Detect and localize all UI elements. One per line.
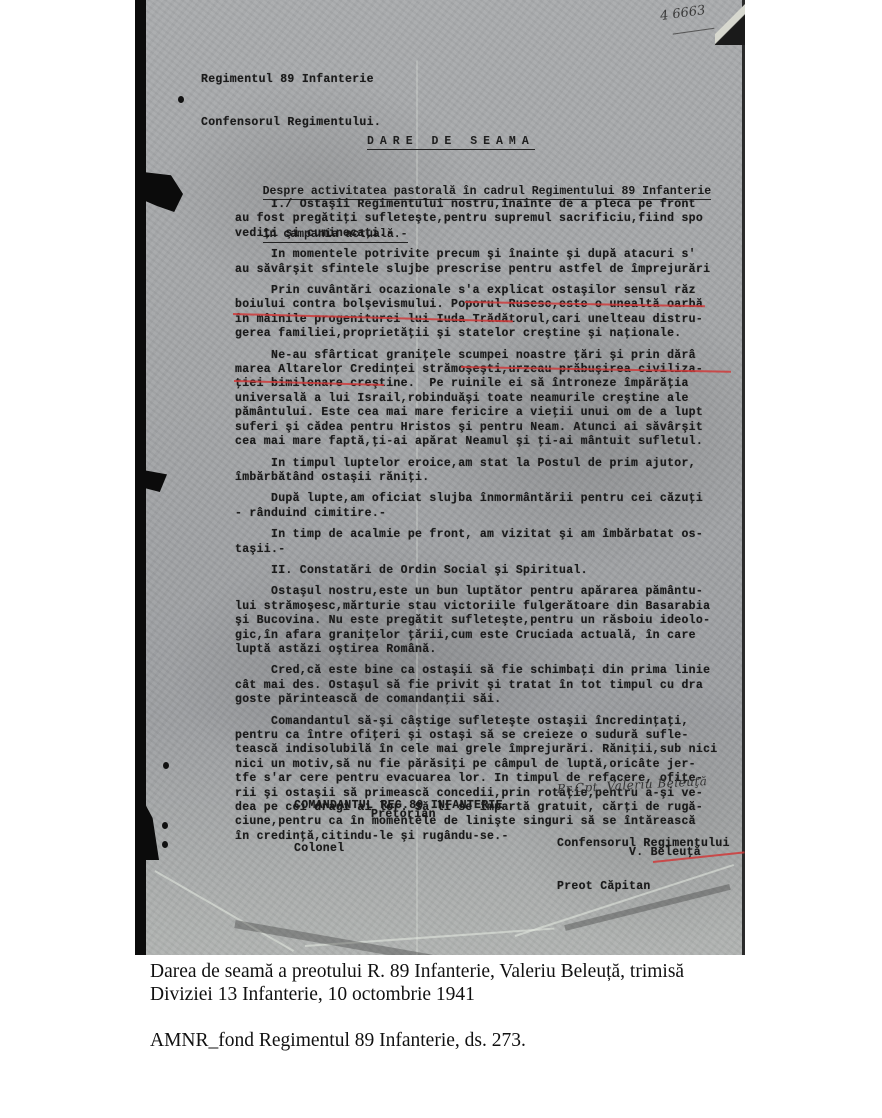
body-line: - rânduind cimitire.- — [235, 507, 717, 521]
punch-hole — [163, 762, 169, 769]
figure-caption: Darea de seamă a preotului R. 89 Infante… — [150, 960, 750, 1052]
body-line: gic,în afara graniţelor ţării,cum este C… — [235, 629, 717, 643]
paper-tear — [143, 470, 167, 492]
confessor-rank: Preot Căpitan — [557, 880, 730, 894]
body-line: In momentele potrivite precum şi înainte… — [235, 248, 717, 262]
body-line: vediţi şi cuminecaţi.- — [235, 227, 717, 241]
body-line: şi Bucovina. Nu este pregătit sufleteşte… — [235, 614, 717, 628]
header-line: Regimentul 89 Infanterie — [201, 73, 381, 87]
body-paragraph: Cred,că este bine ca ostaşii să fie schi… — [235, 664, 717, 707]
paper-crease — [155, 870, 295, 952]
body-line: suferi şi cădea pentru Hristos şi pentru… — [235, 421, 717, 435]
body-line: au fost pregătiţi sufleteşte,pentru supr… — [235, 212, 717, 226]
body-line: Ne-au sfârticat graniţele scumpei noastr… — [235, 349, 717, 363]
paper-tear — [143, 172, 183, 212]
body-line: pământului. Este cea mai mare fericire a… — [235, 406, 717, 420]
caption-source: AMNR_fond Regimentul 89 Infanterie, ds. … — [150, 1029, 750, 1052]
scan-right-edge — [742, 0, 745, 955]
confessor-block: Confensorul Regimentului Preot Căpitan — [557, 808, 730, 923]
header-line: Confensorul Regimentului. — [201, 116, 381, 130]
body-line: lui strămoşesc,mărturie stau victoriile … — [235, 600, 717, 614]
body-line: gerea familiei,proprietăţii şi statelor … — [235, 327, 717, 341]
body-paragraph: In timpul luptelor eroice,am stat la Pos… — [235, 457, 717, 486]
body-line: au săvârşit sfintele slujbe prescrise pe… — [235, 263, 717, 277]
body-paragraph: Ostaşul nostru,este un bun luptător pent… — [235, 585, 717, 657]
commander-block: COMANDANTUL REG.89 INFANTERIE Colonel — [294, 770, 503, 885]
body-line: I./ Ostaşii Regimentului nostru,înainte … — [235, 198, 717, 212]
document-body: I./ Ostaşii Regimentului nostru,înainte … — [235, 198, 717, 851]
body-line: goste părintească de comandanţii săi. — [235, 693, 717, 707]
body-line: tească indisolubilă în cele mai grele îm… — [235, 743, 717, 757]
body-paragraph: In momentele potrivite precum şi înainte… — [235, 248, 717, 277]
body-line: cea mai mare faptă,ţi-ai apărat Neamul ş… — [235, 435, 717, 449]
body-line: luptă astăzi oştirea Română. — [235, 643, 717, 657]
body-paragraph: După lupte,am oficiat slujba înmormântăr… — [235, 492, 717, 521]
document-title: DARE DE SEAMA — [367, 135, 535, 150]
document-header: Regimentul 89 Infanterie Confensorul Reg… — [201, 44, 381, 159]
punch-hole — [162, 822, 168, 829]
body-paragraph: II. Constatări de Ordin Social şi Spirit… — [235, 564, 717, 578]
body-paragraph: In timp de acalmie pe front, am vizitat … — [235, 528, 717, 557]
body-line: pentru ca între ofiţeri şi ostaşi să se … — [235, 729, 717, 743]
body-paragraph: Prin cuvântări ocazionale s'a explicat o… — [235, 284, 717, 342]
caption-description: Darea de seamă a preotului R. 89 Infante… — [150, 961, 684, 1005]
paper-tear — [143, 800, 159, 860]
corner-fold — [715, 0, 745, 45]
body-line: ţiei bimilenare creştine. Pe ruinile ei … — [235, 377, 717, 391]
body-line: Cred,că este bine ca ostaşii să fie schi… — [235, 664, 717, 678]
body-paragraph: I./ Ostaşii Regimentului nostru,înainte … — [235, 198, 717, 241]
body-line: II. Constatări de Ordin Social şi Spirit… — [235, 564, 717, 578]
body-line: In timpul luptelor eroice,am stat la Pos… — [235, 457, 717, 471]
commander-rank: Colonel — [294, 842, 503, 856]
body-line: universală a lui Israil,robinduăşi toate… — [235, 392, 717, 406]
body-line: Prin cuvântări ocazionale s'a explicat o… — [235, 284, 717, 298]
body-line: taşii.- — [235, 543, 717, 557]
body-line: Comandantul să-şi câştige sufleteşte ost… — [235, 715, 717, 729]
document-scan: 4 6663 Regimentul 89 Infanterie Confenso… — [135, 0, 745, 955]
commander-name: Pretorian — [371, 808, 436, 822]
body-line: îmbărbătând ostaşii răniţi. — [235, 471, 717, 485]
body-paragraph: Ne-au sfârticat graniţele scumpei noastr… — [235, 349, 717, 450]
body-line: In timp de acalmie pe front, am vizitat … — [235, 528, 717, 542]
body-line: După lupte,am oficiat slujba înmormântăr… — [235, 492, 717, 506]
body-line: Ostaşul nostru,este un bun luptător pent… — [235, 585, 717, 599]
punch-hole — [162, 841, 168, 848]
body-line: cât mai des. Ostaşul să fie privit şi tr… — [235, 679, 717, 693]
punch-hole — [178, 96, 184, 103]
archive-number: 4 6663 — [659, 3, 706, 24]
